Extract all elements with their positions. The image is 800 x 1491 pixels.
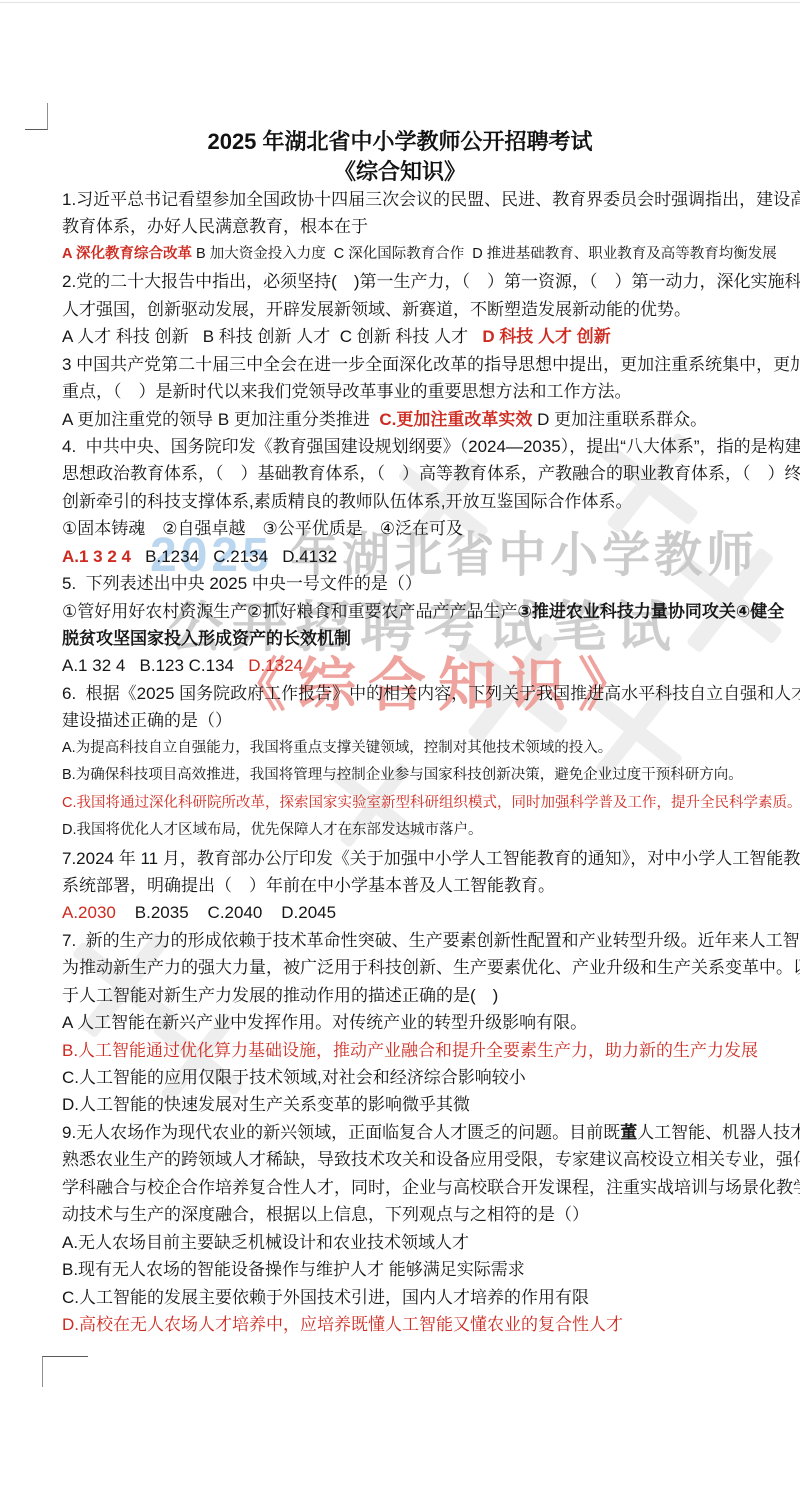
text-line: 4. 中共中央、国务院印发《教育强国建设规划纲要》（2024—2035），提出“… bbox=[62, 433, 800, 460]
text-line: 教育体系，办好人民满意教育，根本在于 bbox=[62, 213, 800, 240]
text-segment: D.1324 bbox=[248, 656, 303, 675]
text-line: 熟悉农业生产的跨领域人才稀缺，导致技术攻关和设备应用受限，专家建议高校设立相关专… bbox=[62, 1146, 800, 1173]
text-segment: 人工智能、机器人技术，又 bbox=[637, 1123, 800, 1142]
text-segment: ①固本铸魂 ②自强卓越 ③公平优质是 ④泛在可及 bbox=[62, 519, 463, 538]
text-segment: D.高校在无人农场人才培养中，应培养既懂人工智能又懂农业的复合性人才 bbox=[62, 1315, 623, 1334]
text-line: A.1 32 4 B.123 C.134 D.1324 bbox=[62, 652, 800, 679]
text-segment: A 深化教育综合改革 bbox=[62, 246, 192, 262]
text-line: 重点，（ ）是新时代以来我们党领导改革事业的重要思想方法和工作方法。 bbox=[62, 378, 800, 405]
text-segment: D 科技 人才 创新 bbox=[482, 327, 610, 346]
text-segment: A.2030 bbox=[62, 903, 116, 922]
text-line: A 人工智能在新兴产业中发挥作用。对传统产业的转型升级影响有限。 bbox=[62, 1009, 800, 1036]
text-line: A.无人农场目前主要缺乏机械设计和农业技术领域人才 bbox=[62, 1229, 800, 1256]
text-line: 系统部署，明确提出（ ）年前在中小学基本普及人工智能教育。 bbox=[62, 872, 800, 899]
text-segment: B.2035 C.2040 D.2045 bbox=[116, 903, 336, 922]
text-line: C.人工智能的发展主要依赖于外国技术引进，国内人才培养的作用有限 bbox=[62, 1284, 800, 1311]
text-segment: 人才强国，创新驱动发展，开辟发展新领域、新赛道，不断塑造发展新动能的优势。 bbox=[62, 300, 691, 319]
text-line: 思想政治教育体系，（ ）基础教育体系，（ ）高等教育体系，产教融合的职业教育体系… bbox=[62, 460, 800, 487]
text-line: B.为确保科技项目高效推进，我国将管理与控制企业参与国家科技创新决策，避免企业过… bbox=[62, 762, 800, 789]
text-line: 2.党的二十大报告中指出，必须坚持( )第一生产力，（ ）第一资源，（ ）第一动… bbox=[62, 268, 800, 295]
text-line: 6. 根据《2025 国务院政府工作报告》中的相关内容，下列关于我国推进高水平科… bbox=[62, 680, 800, 707]
text-line: A 人才 科技 创新 B 科技 创新 人才 C 创新 科技 人才 D 科技 人才… bbox=[62, 323, 800, 350]
text-segment: A 人才 科技 创新 B 科技 创新 人才 C 创新 科技 人才 bbox=[62, 327, 482, 346]
text-line: 建设描述正确的是（） bbox=[62, 707, 800, 734]
text-segment: A.为提高科技自立自强能力，我国将重点支撑关键领域，控制对其他技术领域的投入。 bbox=[62, 740, 612, 756]
text-line: 动技术与生产的深度融合，根据以上信息，下列观点与之相符的是（） bbox=[62, 1201, 800, 1228]
text-segment: 熟悉农业生产的跨领域人才稀缺，导致技术攻关和设备应用受限，专家建议高校设立相关专… bbox=[62, 1150, 800, 1169]
text-segment: C.更加注重改革实效 bbox=[379, 410, 532, 429]
text-line: A 深化教育综合改革 B 加大资金投入力度 C 深化国际教育合作 D 推进基础教… bbox=[62, 241, 800, 268]
text-line: A.1 3 2 4 B.1234 C.2134 D.4132 bbox=[62, 543, 800, 570]
text-segment: 动技术与生产的深度融合，根据以上信息，下列观点与之相符的是（） bbox=[62, 1205, 589, 1224]
text-line: 脱贫攻坚国家投入形成资产的长效机制 bbox=[62, 625, 800, 652]
text-segment: D.我国将优化人才区域布局，优先保障人才在东部发达城市落户。 bbox=[62, 822, 483, 838]
text-line: D.我国将优化人才区域布局，优先保障人才在东部发达城市落户。 bbox=[62, 817, 800, 844]
document-content: 2025 年湖北省中小学教师公开招聘考试 《综合知识》 1.习近平总书记看望参加… bbox=[0, 0, 800, 1491]
text-segment: 创新牵引的科技支撑体系,素质精良的教师队伍体系,开放互鉴国际合作体系。 bbox=[62, 492, 632, 511]
text-line: 5. 下列表述出中央 2025 中央一号文件的是（） bbox=[62, 570, 800, 597]
text-segment: 9.无人农场作为现代农业的新兴领域，正面临复合人才匮乏的问题。目前既 bbox=[62, 1123, 620, 1142]
text-segment: 学科融合与校企合作培养复合性人才，同时，企业与高校联合开发课程，注重实战培训与场… bbox=[62, 1178, 800, 1197]
text-segment: 于人工智能对新生产力发展的推动作用的描述正确的是( ) bbox=[62, 986, 498, 1005]
text-segment: A 更加注重党的领导 B 更加注重分类推进 bbox=[62, 410, 379, 429]
text-line: C.我国将通过深化科研院所改革，探索国家实验室新型科研组织模式，同时加强科学普及… bbox=[62, 790, 800, 817]
text-line: D.人工智能的快速发展对生产关系变革的影响微乎其微 bbox=[62, 1091, 800, 1118]
text-segment: 建设描述正确的是（） bbox=[62, 711, 232, 730]
text-segment: 脱贫攻坚国家投入形成资产的长效机制 bbox=[62, 629, 351, 648]
text-segment: B 加大资金投入力度 C 深化国际教育合作 D 推进基础教育、职业教育及高等教育… bbox=[192, 246, 777, 262]
text-line: D.高校在无人农场人才培养中，应培养既懂人工智能又懂农业的复合性人才 bbox=[62, 1311, 800, 1338]
text-line: 人才强国，创新驱动发展，开辟发展新领域、新赛道，不断塑造发展新动能的优势。 bbox=[62, 296, 800, 323]
text-line: A.2030 B.2035 C.2040 D.2045 bbox=[62, 899, 800, 926]
text-segment: C.人工智能的发展主要依赖于外国技术引进，国内人才培养的作用有限 bbox=[62, 1288, 589, 1307]
text-segment: 教育体系，办好人民满意教育，根本在于 bbox=[62, 217, 368, 236]
text-segment: 1.习近平总书记看望参加全国政协十四届三次会议的民盟、民进、教育界委员会时强调指… bbox=[62, 190, 800, 209]
text-segment: B.现有无人农场的智能设备操作与维护人才 能够满足实际需求 bbox=[62, 1260, 525, 1279]
text-segment: 6. 根据《2025 国务院政府工作报告》中的相关内容，下列关于我国推进高水平科… bbox=[62, 684, 800, 703]
text-segment: C.人工智能的应用仅限于技术领域,对社会和经济综合影响较小 bbox=[62, 1068, 526, 1087]
text-line: B.现有无人农场的智能设备操作与维护人才 能够满足实际需求 bbox=[62, 1256, 800, 1283]
text-line: 7.2024 年 11 月，教育部办公厅印发《关于加强中小学人工智能教育的通知》… bbox=[62, 845, 800, 872]
text-segment: 7.2024 年 11 月，教育部办公厅印发《关于加强中小学人工智能教育的通知》… bbox=[62, 849, 800, 868]
text-segment: ③推进农业科技力量协同攻关④健全 bbox=[517, 602, 784, 621]
text-line: 创新牵引的科技支撑体系,素质精良的教师队伍体系,开放互鉴国际合作体系。 bbox=[62, 488, 800, 515]
text-line: C.人工智能的应用仅限于技术领域,对社会和经济综合影响较小 bbox=[62, 1064, 800, 1091]
page-corner-mark-bottom-left bbox=[42, 1356, 88, 1387]
text-line: A 更加注重党的领导 B 更加注重分类推进 C.更加注重改革实效 D 更加注重联… bbox=[62, 406, 800, 433]
text-segment: 5. 下列表述出中央 2025 中央一号文件的是（） bbox=[62, 574, 422, 593]
text-line: 1.习近平总书记看望参加全国政协十四届三次会议的民盟、民进、教育界委员会时强调指… bbox=[62, 186, 800, 213]
document-lines: 1.习近平总书记看望参加全国政协十四届三次会议的民盟、民进、教育界委员会时强调指… bbox=[62, 186, 800, 1338]
document-title-line2: 《综合知识》 bbox=[0, 157, 800, 187]
text-line: B.人工智能通过优化算力基础设施，推动产业融合和提升全要素生产力，助力新的生产力… bbox=[62, 1037, 800, 1064]
text-line: 于人工智能对新生产力发展的推动作用的描述正确的是( ) bbox=[62, 982, 800, 1009]
text-segment: 系统部署，明确提出（ ）年前在中小学基本普及人工智能教育。 bbox=[62, 876, 555, 895]
text-segment: 为推动新生产力的强大力量，被广泛用于科技创新、生产要素优化、产业升级和生产关系变… bbox=[62, 958, 800, 977]
text-segment: ①管好用好农村资源生产②抓好粮食和重要农产品产产品生产 bbox=[62, 602, 517, 621]
text-segment: 2.党的二十大报告中指出，必须坚持( )第一生产力，（ ）第一资源，（ ）第一动… bbox=[62, 272, 800, 291]
text-line: A.为提高科技自立自强能力，我国将重点支撑关键领域，控制对其他技术领域的投入。 bbox=[62, 735, 800, 762]
text-segment: A.无人农场目前主要缺乏机械设计和农业技术领域人才 bbox=[62, 1233, 469, 1252]
document-title: 2025 年湖北省中小学教师公开招聘考试 《综合知识》 bbox=[0, 127, 800, 187]
text-line: ①固本铸魂 ②自强卓越 ③公平优质是 ④泛在可及 bbox=[62, 515, 800, 542]
text-line: ①管好用好农村资源生产②抓好粮食和重要农产品产产品生产③推进农业科技力量协同攻关… bbox=[62, 598, 800, 625]
text-segment: A.1 3 2 4 bbox=[62, 547, 131, 566]
text-segment: 重点，（ ）是新时代以来我们党领导改革事业的重要思想方法和工作方法。 bbox=[62, 382, 632, 401]
text-segment: A 人工智能在新兴产业中发挥作用。对传统产业的转型升级影响有限。 bbox=[62, 1013, 587, 1032]
text-line: 为推动新生产力的强大力量，被广泛用于科技创新、生产要素优化、产业升级和生产关系变… bbox=[62, 954, 800, 981]
text-segment: B.为确保科技项目高效推进，我国将管理与控制企业参与国家科技创新决策，避免企业过… bbox=[62, 767, 743, 783]
text-line: 7. 新的生产力的形成依赖于技术革命性突破、生产要素创新性配置和产业转型升级。近… bbox=[62, 927, 800, 954]
text-segment: B.人工智能通过优化算力基础设施，推动产业融合和提升全要素生产力，助力新的生产力… bbox=[62, 1041, 758, 1060]
text-segment: 7. 新的生产力的形成依赖于技术革命性突破、生产要素创新性配置和产业转型升级。近… bbox=[62, 931, 800, 950]
page-corner-mark-top-left bbox=[25, 103, 48, 130]
text-segment: 董 bbox=[620, 1123, 637, 1142]
exam-document-page: 2025 年湖北省中小学教师 公开招聘考试笔试 《综合知识》 2025 年湖北省… bbox=[0, 0, 800, 1491]
text-segment: B.1234 C.2134 D.4132 bbox=[131, 547, 337, 566]
text-segment: 4. 中共中央、国务院印发《教育强国建设规划纲要》（2024—2035），提出“… bbox=[62, 437, 800, 456]
text-segment: 思想政治教育体系，（ ）基础教育体系，（ ）高等教育体系，产教融合的职业教育体系… bbox=[62, 464, 800, 483]
text-line: 9.无人农场作为现代农业的新兴领域，正面临复合人才匮乏的问题。目前既董人工智能、… bbox=[62, 1119, 800, 1146]
text-segment: D 更加注重联系群众。 bbox=[532, 410, 707, 429]
text-line: 学科融合与校企合作培养复合性人才，同时，企业与高校联合开发课程，注重实战培训与场… bbox=[62, 1174, 800, 1201]
text-segment: A.1 32 4 B.123 C.134 bbox=[62, 656, 248, 675]
text-segment: C.我国将通过深化科研院所改革，探索国家实验室新型科研组织模式，同时加强科学普及… bbox=[62, 795, 800, 811]
document-title-line1: 2025 年湖北省中小学教师公开招聘考试 bbox=[0, 127, 800, 157]
text-segment: 3 中国共产党第二十届三中全会在进一步全面深化改革的指导思想中提出，更加注重系统… bbox=[62, 355, 800, 374]
text-segment: D.人工智能的快速发展对生产关系变革的影响微乎其微 bbox=[62, 1095, 470, 1114]
text-line: 3 中国共产党第二十届三中全会在进一步全面深化改革的指导思想中提出，更加注重系统… bbox=[62, 351, 800, 378]
